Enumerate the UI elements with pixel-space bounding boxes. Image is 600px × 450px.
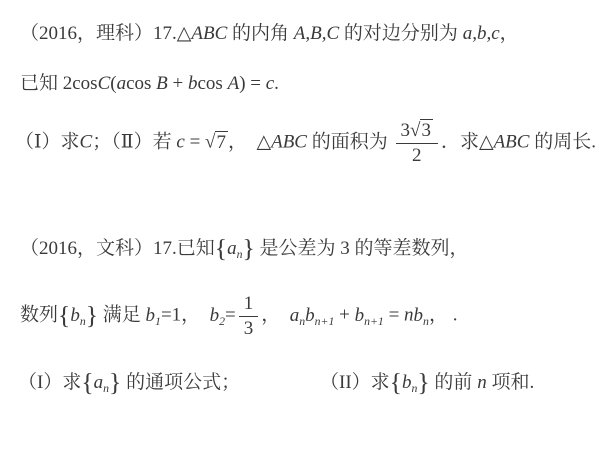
text-run: ；（Ⅱ）若 xyxy=(92,132,176,153)
problem1-line-1: （2016，理科）17.△ABC 的内角 A,B,C 的对边分别为 a,b,c， xyxy=(20,22,519,46)
math-variable-subscripted: bn+1 xyxy=(355,305,384,326)
math-variable: a xyxy=(117,73,127,94)
text-run: ．求△ xyxy=(441,132,494,153)
math-variable-subscripted: b2 xyxy=(210,305,225,326)
text-run: （2016，文科）17.已知 xyxy=(20,238,215,259)
sequence-braces: {bn} xyxy=(58,305,98,326)
problem1-line-3: （Ⅰ）求C；（Ⅱ）若 c = √7， △ABC 的面积为 3√32．求△ABC … xyxy=(15,120,596,167)
text-run: 的内角 xyxy=(227,23,294,44)
math-variable: n xyxy=(404,305,414,326)
problem2-line-1: （2016，文科）17.已知{an} 是公差为 3 的等差数列， xyxy=(20,237,469,261)
math-variable: c xyxy=(266,73,274,94)
text-run: 的前 xyxy=(430,372,478,393)
math-variable: ABC xyxy=(271,132,307,153)
text-run: ， △ xyxy=(228,132,271,153)
text-run: 2 xyxy=(412,145,422,166)
math-variable: B xyxy=(156,73,168,94)
math-variable-subscripted: bn xyxy=(414,305,429,326)
fraction: 3√32 xyxy=(396,120,438,167)
math-variable: b xyxy=(188,73,198,94)
math-variable: A,B,C xyxy=(294,23,339,44)
text-run: =1， xyxy=(161,305,210,326)
fraction: 13 xyxy=(239,293,259,340)
math-variable-subscripted: bn+1 xyxy=(305,305,334,326)
math-variable: C xyxy=(98,73,111,94)
square-root: √3 xyxy=(410,119,433,141)
math-variable: c xyxy=(176,132,184,153)
text-run: 3 xyxy=(401,120,411,141)
text-run: + xyxy=(334,305,354,326)
text-run: 3 xyxy=(244,318,254,339)
problem2-line-2: 数列{bn} 满足 b1=1， b2=13， anbn+1 + bn+1 = n… xyxy=(20,293,457,340)
text-run: 的对边分别为 xyxy=(339,23,463,44)
problem1-line-2: 已知 2cosC(acos B + bcos A) = c. xyxy=(20,72,279,96)
text-run: cos xyxy=(126,73,156,94)
text-run: 的面积为 xyxy=(307,132,393,153)
text-run: = xyxy=(384,305,404,326)
text-run: ， . xyxy=(429,305,458,326)
text-run: 项和. xyxy=(487,372,535,393)
problem2-line-3b: （II）求{bn} 的前 n 项和. xyxy=(320,371,534,395)
text-run: 的周长. xyxy=(529,132,596,153)
math-variable: a,b,c xyxy=(463,23,500,44)
text-run: （II）求 xyxy=(320,372,390,393)
math-variable: ABC xyxy=(191,23,227,44)
sequence-braces: {bn} xyxy=(390,372,430,393)
sequence-braces: {an} xyxy=(215,238,255,259)
text-run: + xyxy=(168,73,188,94)
text-run: ， xyxy=(261,305,290,326)
text-run: ， xyxy=(500,23,519,44)
text-run: （Ⅰ）求 xyxy=(15,132,80,153)
document-page: （2016，理科）17.△ABC 的内角 A,B,C 的对边分别为 a,b,c，… xyxy=(0,0,600,450)
math-variable: A xyxy=(228,73,240,94)
math-variable-subscripted: b1 xyxy=(146,305,161,326)
text-run: （I）求 xyxy=(18,372,81,393)
square-root: √7 xyxy=(205,131,228,153)
math-variable: C xyxy=(80,132,93,153)
text-run: = xyxy=(225,305,236,326)
text-run: = xyxy=(185,132,205,153)
text-run: 已知 2cos xyxy=(20,73,98,94)
text-run: 的通项公式； xyxy=(121,372,240,393)
text-run: 是公差为 3 的等差数列， xyxy=(255,238,469,259)
text-run: cos xyxy=(198,73,228,94)
sequence-braces: {an} xyxy=(81,372,121,393)
text-run: . xyxy=(274,73,279,94)
math-variable: ABC xyxy=(494,132,530,153)
text-run: 1 xyxy=(244,293,254,314)
math-variable: n xyxy=(477,372,487,393)
problem2-line-3a: （I）求{an} 的通项公式； xyxy=(18,371,240,395)
text-run: 数列 xyxy=(20,305,58,326)
math-variable-subscripted: an xyxy=(290,305,305,326)
text-run: （2016，理科）17.△ xyxy=(20,23,191,44)
text-run: ) = xyxy=(239,73,266,94)
text-run: 满足 xyxy=(98,305,146,326)
